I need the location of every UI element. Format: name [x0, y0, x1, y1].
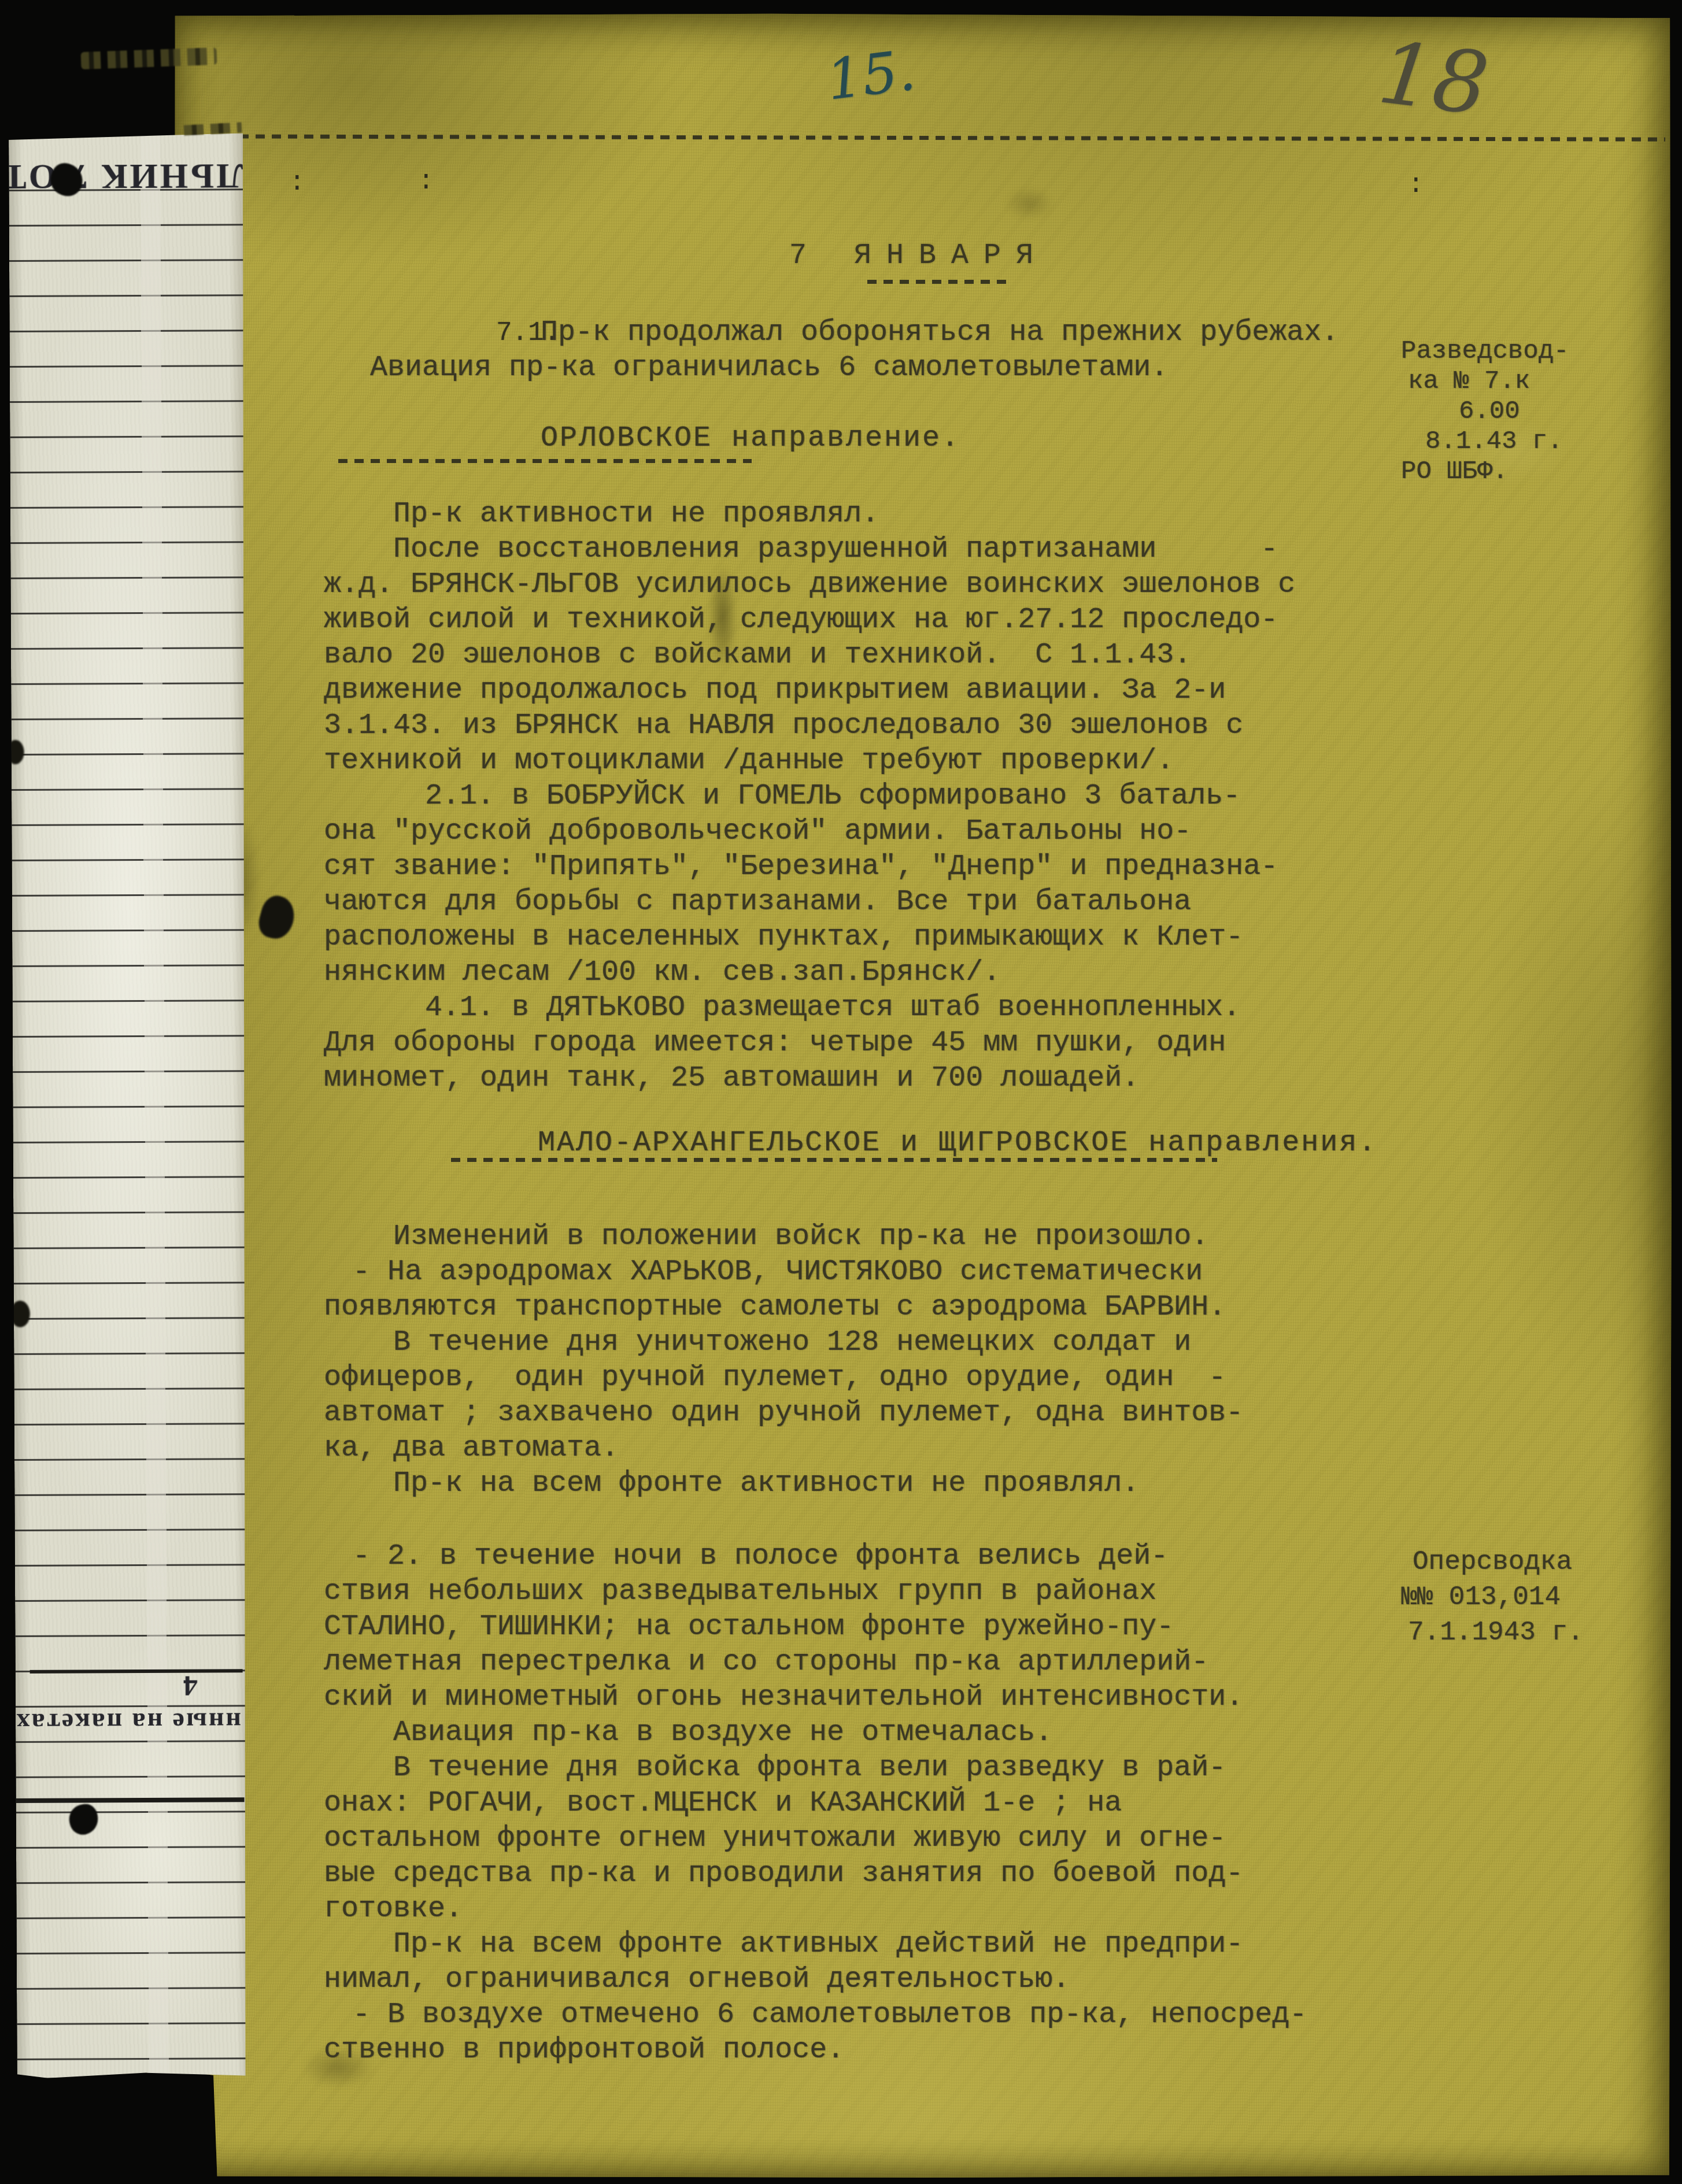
margin-note-line: Оперсводка: [1401, 1545, 1679, 1580]
date-heading-underline: [867, 280, 1012, 284]
typed-line: Пр-к на всем фронте активности не проявл…: [324, 1466, 1422, 1501]
typed-line: - В воздухе отмечено 6 самолетовылетов п…: [324, 1997, 1422, 2033]
typed-line: - На аэродромах ХАРЬКОВ, ЧИСТЯКОВО систе…: [324, 1254, 1422, 1290]
typed-line: сят звание: "Припять", "Березина", "Днеп…: [324, 849, 1422, 884]
typed-line: Пр-к активности не проявлял.: [324, 497, 1422, 532]
strip-divider-line: [16, 1797, 245, 1803]
typed-line: миномет, один танк, 25 автомашин и 700 л…: [324, 1061, 1422, 1096]
typed-line: В течение дня войска фронта вели разведк…: [324, 1750, 1422, 1786]
section-body-opersvodka: - 2. в течение ночи в полосе фронта вели…: [324, 1539, 1422, 2068]
section-body-malo: Изменений в положении войск пр-ка не про…: [324, 1219, 1422, 1501]
typed-line: Для обороны города имеется: четыре 45 мм…: [324, 1026, 1422, 1061]
typed-line: леметная перестрелка и со стороны пр-ка …: [324, 1645, 1422, 1680]
typed-line: онах: РОГАЧИ, вост.МЦЕНСК и КАЗАНСКИЙ 1-…: [324, 1786, 1422, 1821]
typed-line: Пр-к на всем фронте активных действий не…: [324, 1927, 1422, 1962]
typed-line: офицеров, один ручной пулемет, одно оруд…: [324, 1360, 1422, 1395]
typed-line: СТАЛИНО, ТИШИНКИ; на остальном фронте ру…: [324, 1609, 1422, 1645]
typed-line: живой силой и техникой, следующих на юг.…: [324, 602, 1422, 638]
typed-line: расположены в населенных пунктах, примык…: [324, 920, 1422, 955]
typed-line: появляются транспортные самолеты с аэрод…: [324, 1290, 1422, 1325]
typed-line: ствия небольших разведывательных групп в…: [324, 1574, 1422, 1609]
document-page: 15. 18 : : : 7 ЯНВАРЯ 7.1. Пр-к продолжа…: [171, 13, 1672, 2179]
typed-colon-mark: :: [1408, 170, 1424, 200]
margin-note-line: №№ 013,014: [1401, 1580, 1679, 1615]
attached-note-strip: ЛЬНИК 7 ОТД 4 нные на пакетах: [9, 133, 252, 2078]
section-body-orel: Пр-к активности не проявлял. После восст…: [324, 497, 1422, 1096]
dashed-separator-top: [191, 134, 1665, 141]
typed-line: нимал, ограничивался огневой деятельност…: [324, 1962, 1422, 1997]
strip-header-upside-down: ЛЬНИК 7 ОТД: [9, 155, 243, 197]
typed-line: готовке.: [324, 1891, 1422, 1927]
margin-note-razvedsvodka: Разведсвод- ка № 7.к 6.00 8.1.43 г. РО Ш…: [1401, 336, 1673, 487]
margin-note-opersvodka: Оперсводка №№ 013,014 7.1.1943 г.: [1401, 1545, 1679, 1650]
date-heading: 7 ЯНВАРЯ: [789, 239, 1048, 272]
typed-line: вые средства пр-ка и проводили занятия п…: [324, 1856, 1422, 1891]
intro-paragraph: Пр-к продолжал обороняться на прежних ру…: [370, 315, 1422, 386]
typed-line: техникой и мотоциклами /данные требуют п…: [324, 743, 1422, 779]
typed-line: 3.1.43. из БРЯНСК на НАВЛЯ проследовало …: [324, 708, 1422, 743]
typed-line: Изменений в положении войск пр-ка не про…: [324, 1219, 1422, 1254]
typed-colon-mark: :: [418, 166, 434, 197]
typed-line: ственно в прифронтовой полосе.: [324, 2033, 1422, 2068]
typed-line: Авиация пр-ка в воздухе не отмечалась.: [324, 1715, 1422, 1750]
section-heading-malo: МАЛО-АРХАНГЕЛЬСКОЕ и ЩИГРОВСКОЕ направле…: [538, 1127, 1377, 1160]
typed-line: ский и минометный огонь незначительной и…: [324, 1680, 1422, 1715]
margin-note-line: Разведсвод-: [1401, 336, 1673, 367]
ruled-lines-fading: [9, 133, 252, 2078]
typed-line: она "русской добровольческой" армии. Бат…: [324, 814, 1422, 849]
typed-line: 4.1. в ДЯТЬКОВО размещается штаб военноп…: [324, 990, 1422, 1026]
margin-note-line: 6.00: [1401, 397, 1673, 427]
typed-line: Пр-к продолжал обороняться на прежних ру…: [370, 315, 1422, 350]
typed-line: - 2. в течение ночи в полосе фронта вели…: [324, 1539, 1422, 1574]
typed-line: В течение дня уничтожено 128 немецких со…: [324, 1325, 1422, 1360]
strip-number-upside-down: 4: [183, 1670, 198, 1703]
typed-line: ж.д. БРЯНСК-ЛЬГОВ усилилось движение вои…: [324, 567, 1422, 602]
ink-blot: [255, 893, 298, 942]
section-heading-underline: [451, 1158, 1217, 1162]
typed-line: движение продолжалось под прикрытием ави…: [324, 673, 1422, 708]
margin-note-line: 8.1.43 г.: [1401, 427, 1673, 457]
typed-line: ка, два автомата.: [324, 1431, 1422, 1466]
handwritten-page-number-center: 15.: [823, 38, 919, 113]
margin-note-line: ка № 7.к: [1401, 367, 1673, 397]
typed-colon-mark: :: [289, 168, 305, 198]
typed-line: автомат ; захвачено один ручной пулемет,…: [324, 1395, 1422, 1431]
typed-line: чаются для борьбы с партизанами. Все три…: [324, 884, 1422, 920]
margin-note-line: РО ШБФ.: [1401, 457, 1673, 487]
handwritten-page-number-right: 18: [1373, 23, 1494, 135]
typed-line: остальном фронте огнем уничтожали живую …: [324, 1821, 1422, 1856]
typed-line: 2.1. в БОБРУЙСК и ГОМЕЛЬ сформировано 3 …: [324, 779, 1422, 814]
margin-note-line: 7.1.1943 г.: [1401, 1615, 1679, 1650]
section-heading-underline: [338, 459, 752, 463]
section-heading-orel: ОРЛОВСКОЕ направление.: [541, 422, 960, 455]
typed-line: нянским лесам /100 км. сев.зап.Брянск/.: [324, 955, 1422, 990]
typed-line: После восстановления разрушенной партиза…: [324, 532, 1422, 567]
strip-footer-upside-down: нные на пакетах: [36, 1707, 241, 1738]
typed-line: Авиация пр-ка ограничилась 6 самолетовыл…: [370, 350, 1422, 386]
edge-smudge: [10, 1301, 30, 1327]
typed-line: вало 20 эшелонов с войсками и техникой. …: [324, 638, 1422, 673]
